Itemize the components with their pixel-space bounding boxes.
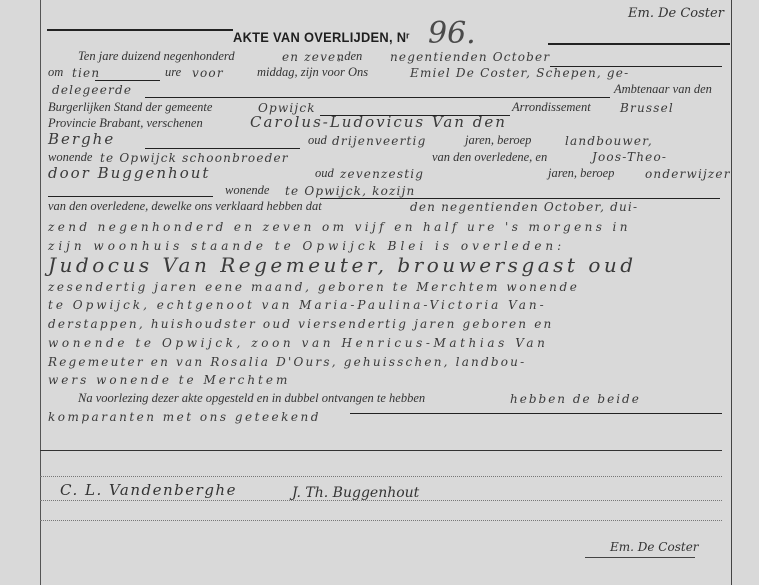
- fill-line: [350, 413, 722, 414]
- printed-text: jaren, beroep: [548, 166, 614, 181]
- certificate-number: 96.: [428, 16, 476, 51]
- handwritten-text: Berghe: [48, 130, 115, 148]
- printed-text: Burgerlijken Stand der gemeente: [48, 100, 212, 115]
- handwritten-text: en zeven: [282, 50, 345, 64]
- handwritten-text: Joos-Theo-: [592, 150, 667, 164]
- handwritten-text: zijn woonhuis staande te Opwijck Blei is…: [48, 239, 565, 253]
- printed-text: , den: [338, 49, 362, 64]
- handwritten-text: negentienden October: [390, 50, 550, 64]
- fill-line: [48, 196, 213, 197]
- fill-line: [320, 198, 720, 199]
- left-margin-line: [40, 0, 41, 585]
- header-rule-left: [47, 29, 233, 31]
- handwritten-text: komparanten met ons geteekend: [48, 410, 321, 424]
- printed-text: Ambtenaar van den: [614, 82, 712, 97]
- handwritten-text: te Opwijck, kozijn: [285, 184, 415, 198]
- handwritten-text: Regemeuter en van Rosalia D'Ours, gehuis…: [48, 355, 526, 369]
- handwritten-text: te Opwijck schoonbroeder: [100, 151, 289, 165]
- fill-line: [145, 148, 300, 149]
- handwritten-text: te Opwijck, echtgenoot van Maria-Paulina…: [48, 298, 547, 312]
- deceased-name: Judocus Van Regemeuter, brouwersgast oud: [48, 253, 637, 277]
- handwritten-text: zend negenhonderd en zeven om vijf en ha…: [48, 220, 631, 234]
- printed-text: Arrondissement: [512, 100, 591, 115]
- right-border-line: [731, 0, 732, 585]
- handwritten-text: door Buggenhout: [48, 164, 210, 182]
- printed-text: Ten jare duizend negenhonderd: [78, 49, 235, 64]
- signature-line: [40, 476, 722, 477]
- fill-line: [40, 450, 722, 451]
- printed-text: Provincie Brabant, verschenen: [48, 116, 203, 131]
- printed-text: oud: [308, 133, 327, 148]
- witness-signature-1: C. L. Vandenberghe: [60, 481, 237, 499]
- handwritten-text: hebben de beide: [510, 392, 641, 406]
- handwritten-text: zesendertig jaren eene maand, geboren te…: [48, 280, 579, 294]
- printed-text: wonende: [225, 183, 269, 198]
- signature-line: [40, 520, 722, 521]
- printed-text: wonende: [48, 150, 92, 165]
- printed-text: jaren, beroep: [465, 133, 531, 148]
- fill-line: [145, 97, 610, 98]
- header-rule-right: [548, 43, 730, 45]
- handwritten-text: derstappen, huishoudster oud viersendert…: [48, 317, 553, 331]
- handwritten-text: drijenveertig: [332, 134, 426, 148]
- printed-text: Na voorlezing dezer akte opgesteld en in…: [78, 391, 425, 406]
- printed-text: ure: [165, 65, 181, 80]
- fill-line: [95, 80, 160, 81]
- handwritten-text: onderwijzer: [645, 167, 731, 181]
- signature-underline: [585, 557, 695, 558]
- printed-text: middag, zijn voor Ons: [257, 65, 368, 80]
- handwritten-text: wonende te Opwijck, zoon van Henricus-Ma…: [48, 336, 549, 350]
- handwritten-text: Emiel De Coster, Schepen, ge-: [410, 66, 629, 80]
- document-title: AKTE VAN OVERLIJDEN, Nʳ: [233, 29, 410, 45]
- handwritten-text: delegeerde: [52, 83, 132, 97]
- handwritten-text: voor: [192, 66, 224, 80]
- printed-text: oud: [315, 166, 334, 181]
- handwritten-text: wers wonende te Merchtem: [48, 373, 290, 387]
- handwritten-text: zevenzestig: [340, 167, 424, 181]
- handwritten-text: Carolus-Ludovicus Van den: [250, 113, 507, 131]
- top-signature: Em. De Coster: [628, 6, 724, 21]
- officer-signature: Em. De Coster: [610, 540, 699, 554]
- printed-text: van den overledene, dewelke ons verklaar…: [48, 199, 322, 214]
- handwritten-text: tien: [72, 66, 100, 80]
- handwritten-text: Brussel: [620, 101, 674, 115]
- printed-text: om: [48, 65, 63, 80]
- handwritten-text: landbouwer,: [565, 134, 653, 148]
- witness-signature-2: J. Th. Buggenhout: [292, 485, 419, 501]
- handwritten-text: den negentienden October, dui-: [410, 200, 638, 214]
- death-certificate-page: AKTE VAN OVERLIJDEN, Nʳ 96. Em. De Coste…: [0, 0, 759, 585]
- printed-text: van den overledene, en: [432, 150, 547, 165]
